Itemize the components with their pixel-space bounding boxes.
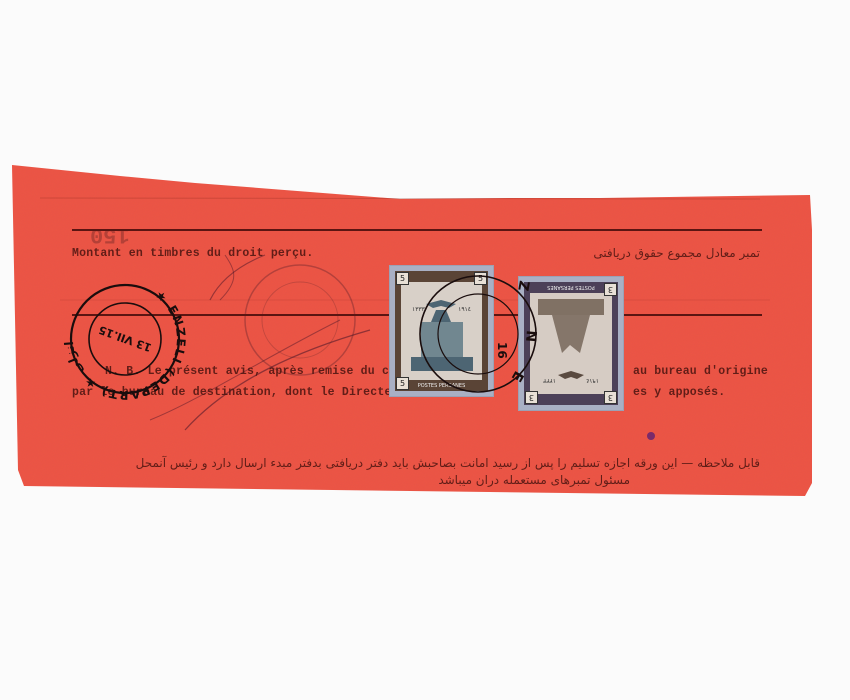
stamp-value-corner: 5 — [474, 272, 487, 285]
fee-label-persian: تمبر معادل مجموع حقوق دریافتی — [593, 246, 760, 260]
nb-line2-left: par le bureau de destination, dont le Di… — [72, 386, 406, 399]
stamp-value-corner: 3 — [525, 391, 538, 404]
stamp-value-corner: 3 — [604, 391, 617, 404]
rule-top — [72, 229, 762, 231]
persian-note-line1: قابل ملاحظه — این ورقه اجازه تسلیم را پس… — [136, 456, 760, 470]
postage-stamp-5: ١٣٣٣ ١٩١٤ 5 5 5 POSTES PERSANES — [390, 266, 493, 396]
persian-note-line2: مسئول تمبرهای مستعمله دران میباشد — [438, 473, 630, 487]
postage-stamp-3-inverted: ١٣٣٣ ١٩١٤ 3 3 3 POSTES PERSANES — [519, 277, 623, 410]
stamp-caption: POSTES PERSANES — [519, 284, 623, 290]
stamp-caption: POSTES PERSANES — [390, 383, 493, 389]
faded-number: 150 — [90, 222, 130, 247]
nb-line1-right: au bureau d'origine — [633, 365, 768, 378]
nb-line2-right: es y apposés. — [633, 386, 725, 399]
fee-label-french: Montant en timbres du droit perçu. — [72, 247, 313, 260]
nb-line1-left: N. B. Le présent avis, après remise du c… — [105, 365, 396, 378]
stamp-vignette — [401, 282, 482, 380]
stamp-value-corner: 5 — [396, 272, 409, 285]
receipt-form: 150 Montant en timbres du droit perçu. ت… — [0, 0, 850, 700]
